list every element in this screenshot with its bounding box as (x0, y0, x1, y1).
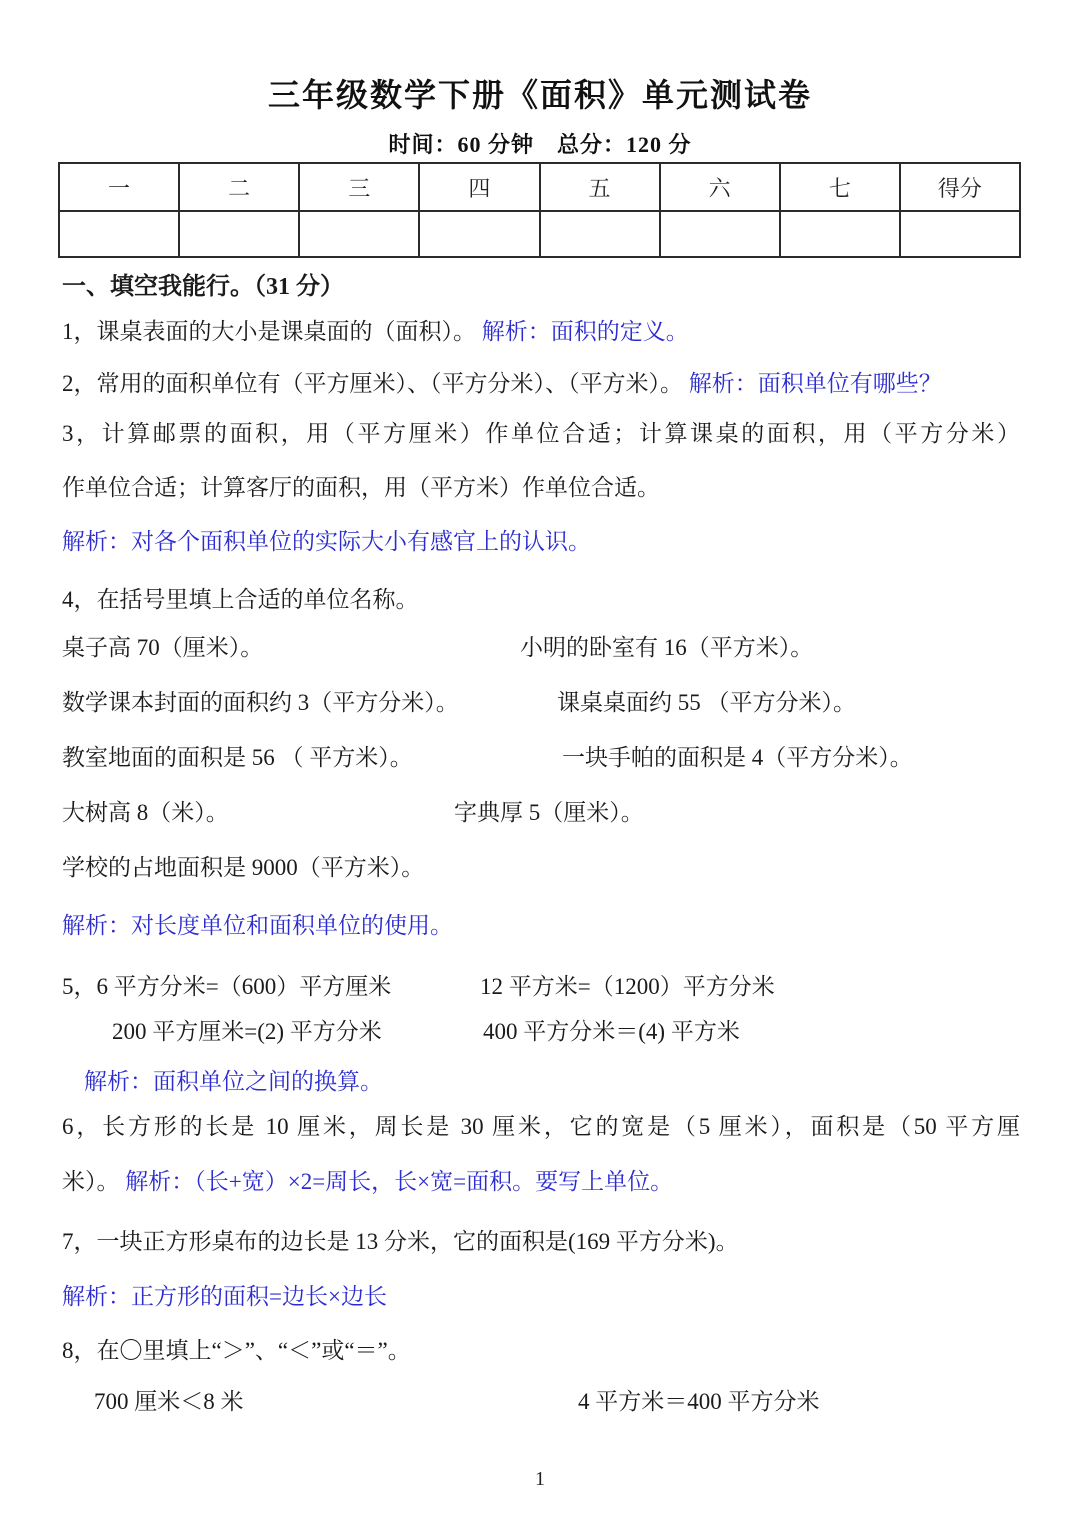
question-4-row: 教室地面的面积是 56 （ 平方米）。 一块手帕的面积是 4（平方分米）。 (62, 744, 1020, 773)
score-table-header-cell: 四 (419, 163, 539, 211)
question-5-analysis-text: 解析：面积单位之间的换算。 (84, 1069, 383, 1094)
question-2-text: 2，常用的面积单位有（平方厘米）、（平方分米）、（平方米）。 (62, 371, 683, 396)
question-5-equation: 400 平方分米＝(4) 平方米 (483, 1018, 740, 1047)
score-table-header-row: 一 二 三 四 五 六 七 得分 (59, 163, 1020, 211)
question-1-text: 1，课桌表面的大小是课桌面的（面积）。 (62, 319, 476, 344)
question-1: 1，课桌表面的大小是课桌面的（面积）。 解析：面积的定义。 (62, 318, 1020, 347)
question-5-line-2: 200 平方厘米=(2) 平方分米 400 平方分米＝(4) 平方米 (62, 1018, 1020, 1047)
question-5-equation: 12 平方米=（1200）平方分米 (480, 973, 775, 1002)
question-8-left-value: 700 厘米＜8 米 (94, 1389, 244, 1414)
score-table-empty-cell (540, 211, 660, 257)
question-8-text: 8，在〇里填上“＞”、“＜”或“＝”。 (62, 1337, 1020, 1366)
question-8-values: 700 厘米＜8 米 4 平方米＝400 平方分米 (62, 1388, 1020, 1417)
question-3-line-1: 3，计算邮票的面积，用（平方厘米）作单位合适；计算课桌的面积，用（平方分米） (62, 420, 1020, 449)
question-4-analysis: 解析：对长度单位和面积单位的使用。 (62, 912, 1020, 941)
question-4-row: 数学课本封面的面积约 3（平方分米）。 课桌桌面约 55 （平方分米）。 (62, 689, 1020, 718)
question-3-line-2: 作单位合适；计算客厅的面积，用（平方米）作单位合适。 (62, 474, 1020, 503)
question-7-analysis: 解析：正方形的面积=边长×边长 (62, 1283, 1020, 1312)
score-table-empty-cell (419, 211, 539, 257)
question-6-analysis: 解析：（长+宽）×2=周长，长×宽=面积。要写上单位。 (125, 1169, 673, 1194)
score-table-header-cell: 六 (660, 163, 780, 211)
question-6-line-1: 6，长方形的长是 10 厘米，周长是 30 厘米，它的宽是（5 厘米），面积是（… (62, 1113, 1020, 1142)
score-table: 一 二 三 四 五 六 七 得分 (58, 162, 1021, 258)
score-table-header-cell: 五 (540, 163, 660, 211)
page-title: 三年级数学下册《面积》单元测试卷 (0, 70, 1080, 116)
question-4-row-left: 数学课本封面的面积约 3（平方分米）。 (62, 690, 459, 715)
question-4-row-left: 大树高 8（米）。 (62, 800, 229, 825)
score-table-header-cell: 三 (299, 163, 419, 211)
section-1-heading: 一、填空我能行。（31 分） (62, 272, 1020, 302)
question-8-right-value: 4 平方米＝400 平方分米 (578, 1388, 820, 1417)
test-paper-page: 三年级数学下册《面积》单元测试卷 时间：60 分钟 总分：120 分 一 二 三… (0, 0, 1080, 1527)
page-number: 1 (0, 1468, 1080, 1491)
question-5-equation: 5，6 平方分米=（600）平方厘米 (62, 974, 391, 999)
question-4-row-right: 课桌桌面约 55 （平方分米）。 (557, 689, 856, 718)
question-4-row: 学校的占地面积是 9000（平方米）。 (62, 854, 1020, 883)
score-table-header-cell: 七 (780, 163, 900, 211)
score-table-empty-cell (179, 211, 299, 257)
score-table-blank-row (59, 211, 1020, 257)
question-7-text: 7，一块正方形桌布的边长是 13 分米，它的面积是(169 平方分米)。 (62, 1228, 1020, 1257)
exam-meta: 时间：60 分钟 总分：120 分 (0, 128, 1080, 159)
question-6-line-2: 米）。 解析：（长+宽）×2=周长，长×宽=面积。要写上单位。 (62, 1168, 1020, 1197)
question-4-row-right: 字典厚 5（厘米）。 (454, 799, 644, 828)
question-1-analysis: 解析：面积的定义。 (482, 319, 689, 344)
question-4-row-right: 小明的卧室有 16（平方米）。 (520, 634, 813, 663)
score-table-empty-cell (299, 211, 419, 257)
score-table-empty-cell (900, 211, 1020, 257)
question-6-line-2-black: 米）。 (62, 1169, 120, 1194)
question-4-row-left: 桌子高 70（厘米）。 (62, 635, 263, 660)
question-4-row: 大树高 8（米）。 字典厚 5（厘米）。 (62, 799, 1020, 828)
score-table-empty-cell (59, 211, 179, 257)
question-4-row-right: 一块手帕的面积是 4（平方分米）。 (562, 744, 913, 773)
score-table-empty-cell (780, 211, 900, 257)
score-table-header-cell: 一 (59, 163, 179, 211)
question-3-analysis: 解析：对各个面积单位的实际大小有感官上的认识。 (62, 528, 1020, 557)
question-4-row-left: 教室地面的面积是 56 （ 平方米）。 (62, 745, 413, 770)
question-5-analysis: 解析：面积单位之间的换算。 (62, 1068, 1020, 1097)
question-2-analysis: 解析：面积单位有哪些？ (689, 371, 942, 396)
score-table-empty-cell (660, 211, 780, 257)
question-4-row-left: 学校的占地面积是 9000（平方米）。 (62, 855, 424, 880)
score-table-header-cell: 二 (179, 163, 299, 211)
question-4-text: 4，在括号里填上合适的单位名称。 (62, 586, 1020, 615)
question-2: 2，常用的面积单位有（平方厘米）、（平方分米）、（平方米）。 解析：面积单位有哪… (62, 370, 1020, 399)
score-table-header-cell: 得分 (900, 163, 1020, 211)
question-4-row: 桌子高 70（厘米）。 小明的卧室有 16（平方米）。 (62, 634, 1020, 663)
question-5-equation: 200 平方厘米=(2) 平方分米 (112, 1019, 382, 1044)
question-5-line-1: 5，6 平方分米=（600）平方厘米 12 平方米=（1200）平方分米 (62, 973, 1020, 1002)
